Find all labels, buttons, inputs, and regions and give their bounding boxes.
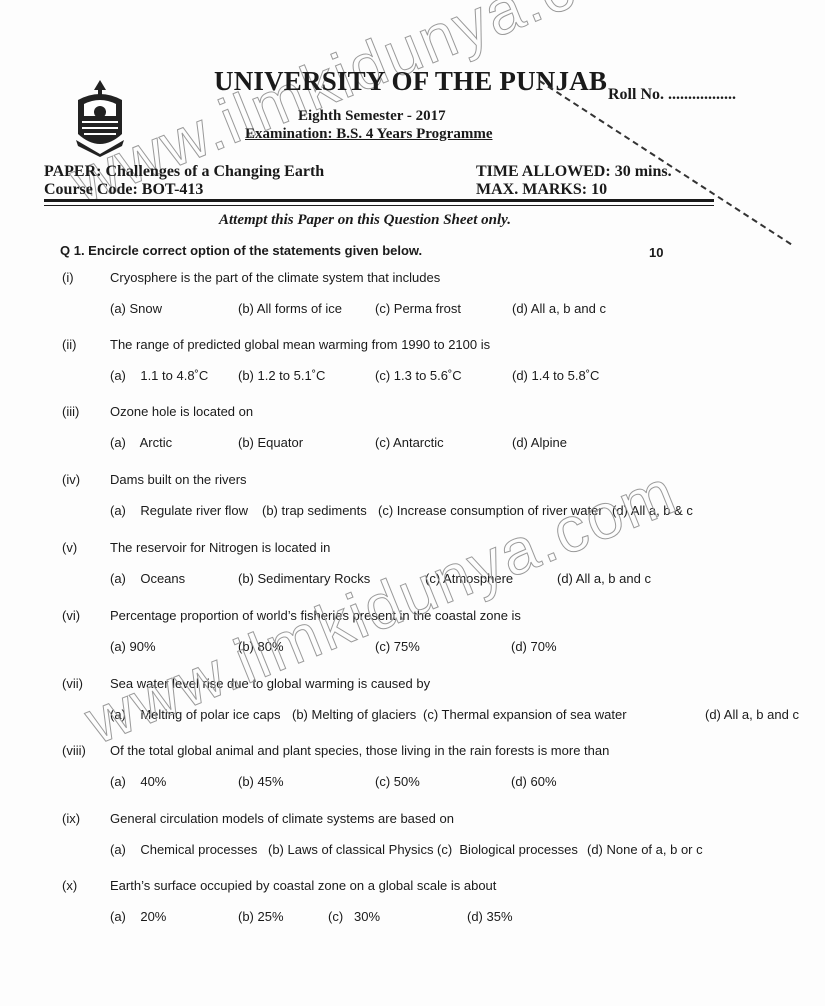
max-marks: MAX. MARKS: 10 (476, 181, 607, 199)
university-crest-icon (72, 78, 128, 158)
answer-option[interactable]: (d) 60% (511, 774, 557, 789)
answer-option[interactable]: (b) 1.2 to 5.1˚C (238, 368, 325, 383)
answer-option[interactable]: (a) Oceans (110, 571, 185, 586)
answer-option[interactable]: (d) 35% (467, 909, 513, 924)
roll-number-field: Roll No. ................. (608, 86, 736, 104)
question-marks: 10 (649, 245, 663, 260)
answer-option[interactable]: (a) Chemical processes (110, 842, 257, 857)
question-text: Ozone hole is located on (110, 404, 253, 419)
question-heading: Q 1. Encircle correct option of the stat… (60, 243, 422, 258)
answer-option[interactable]: (c) 75% (375, 639, 420, 654)
semester-label: Eighth Semester - 2017 (298, 108, 446, 125)
question-number: (iii) (62, 404, 79, 419)
answer-option[interactable]: (d) None of a, b or c (587, 842, 703, 857)
answer-option[interactable]: (d) All a, b & c (612, 503, 693, 518)
answer-option[interactable]: (c) Increase consumption of river water (378, 503, 603, 518)
answer-option[interactable]: (c) 50% (375, 774, 420, 789)
course-code: Course Code: BOT-413 (44, 181, 203, 199)
time-allowed: TIME ALLOWED: 30 mins. (476, 163, 672, 181)
question-text: General circulation models of climate sy… (110, 811, 454, 826)
answer-option[interactable]: (a) 40% (110, 774, 166, 789)
answer-option[interactable]: (b) Sedimentary Rocks (238, 571, 370, 586)
answer-option[interactable]: (a) 90% (110, 639, 156, 654)
answer-option[interactable]: (d) All a, b and c (705, 707, 799, 722)
question-text: The reservoir for Nitrogen is located in (110, 540, 330, 555)
answer-option[interactable]: (c) Perma frost (375, 301, 461, 316)
answer-option[interactable]: (a) Arctic (110, 435, 172, 450)
examination-label: Examination: B.S. 4 Years Programme (245, 126, 492, 143)
answer-option[interactable]: (d) Alpine (512, 435, 567, 450)
paper-title: PAPER: Challenges of a Changing Earth (44, 163, 324, 181)
header-rule-thin (44, 205, 714, 206)
question-number: (vii) (62, 676, 83, 691)
question-text: Earth’s surface occupied by coastal zone… (110, 878, 496, 893)
question-number: (ix) (62, 811, 80, 826)
answer-option[interactable]: (c) Thermal expansion of sea water (423, 707, 627, 722)
question-text: Dams built on the rivers (110, 472, 247, 487)
answer-option[interactable]: (c) Antarctic (375, 435, 444, 450)
answer-option[interactable]: (b) 80% (238, 639, 284, 654)
question-text: Of the total global animal and plant spe… (110, 743, 609, 758)
answer-option[interactable]: (c) 1.3 to 5.6˚C (375, 368, 462, 383)
question-number: (v) (62, 540, 77, 555)
question-number: (vi) (62, 608, 80, 623)
question-number: (i) (62, 270, 74, 285)
question-number: (viii) (62, 743, 86, 758)
answer-option[interactable]: (a) 20% (110, 909, 166, 924)
answer-option[interactable]: (b) All forms of ice (238, 301, 342, 316)
answer-option[interactable]: (b) 25% (238, 909, 284, 924)
answer-option[interactable]: (a) 1.1 to 4.8˚C (110, 368, 208, 383)
answer-option[interactable]: (b) Laws of classical Physics (268, 842, 433, 857)
question-number: (ii) (62, 337, 76, 352)
question-text: Percentage proportion of world’s fisheri… (110, 608, 521, 623)
answer-option[interactable]: (c) 30% (328, 909, 380, 924)
answer-option[interactable]: (b) Equator (238, 435, 303, 450)
question-number: (x) (62, 878, 77, 893)
instruction-text: Attempt this Paper on this Question Shee… (219, 212, 511, 229)
answer-option[interactable]: (d) 1.4 to 5.8˚C (512, 368, 599, 383)
question-text: Cryosphere is the part of the climate sy… (110, 270, 440, 285)
answer-option[interactable]: (b) 45% (238, 774, 284, 789)
answer-option[interactable]: (b) Melting of glaciers (292, 707, 416, 722)
header-rule (44, 199, 714, 202)
answer-option[interactable]: (d) All a, b and c (557, 571, 651, 586)
answer-option[interactable]: (a) Snow (110, 301, 162, 316)
exam-paper: www.ilmkidunya.com UNIVERSITY OF THE PUN… (0, 0, 825, 1006)
answer-option[interactable]: (d) All a, b and c (512, 301, 606, 316)
question-number: (iv) (62, 472, 80, 487)
answer-option[interactable]: (a) Regulate river flow (110, 503, 248, 518)
answer-option[interactable]: (a) Melting of polar ice caps (110, 707, 281, 722)
answer-option[interactable]: (b) trap sediments (262, 503, 367, 518)
answer-option[interactable]: (c) Biological processes (437, 842, 578, 857)
answer-option[interactable]: (d) 70% (511, 639, 557, 654)
question-text: The range of predicted global mean warmi… (110, 337, 490, 352)
question-text: Sea water level rise due to global warmi… (110, 676, 430, 691)
answer-option[interactable]: (c) Atmosphere (425, 571, 513, 586)
university-title: UNIVERSITY OF THE PUNJAB (214, 66, 607, 97)
